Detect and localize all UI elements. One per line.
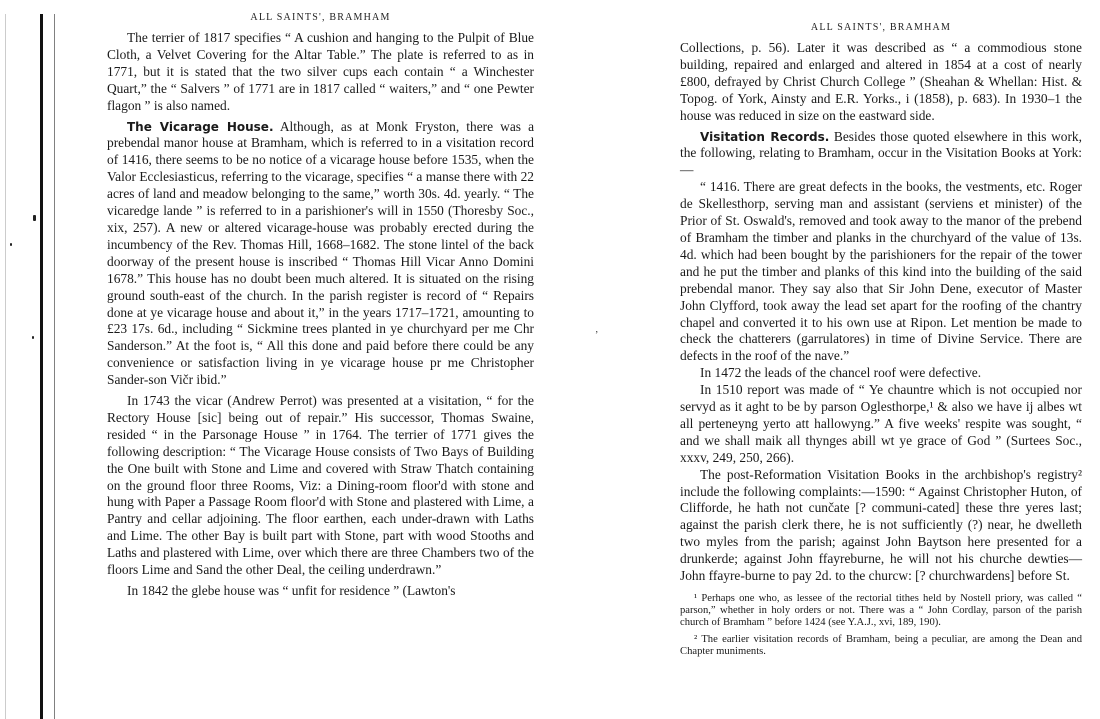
paragraph-1743: In 1743 the vicar (Andrew Perrot) was pr… bbox=[107, 393, 534, 579]
gutter-mark: ʼ bbox=[595, 330, 598, 341]
scan-speck bbox=[10, 243, 12, 246]
left-page-body: The terrier of 1817 specifies “ A cushio… bbox=[107, 30, 534, 600]
scanned-book-spread: ALL SAINTS', BRAMHAM The terrier of 1817… bbox=[0, 0, 1100, 719]
paragraph-post-reformation: The post-Reformation Visitation Books in… bbox=[680, 467, 1082, 585]
right-page: ALL SAINTS', BRAMHAM Collections, p. 56)… bbox=[680, 0, 1082, 663]
paragraph-1472: In 1472 the leads of the chancel roof we… bbox=[680, 365, 1082, 382]
paragraph-terrier-1817: The terrier of 1817 specifies “ A cushio… bbox=[107, 30, 534, 115]
footnotes: ¹ Perhaps one who, as lessee of the rect… bbox=[680, 593, 1082, 658]
paragraph-1842: In 1842 the glebe house was “ unfit for … bbox=[107, 583, 534, 600]
left-page: ALL SAINTS', BRAMHAM The terrier of 1817… bbox=[107, 0, 534, 600]
paragraph-collections: Collections, p. 56). Later it was descri… bbox=[680, 40, 1082, 125]
paragraph-1510: In 1510 report was made of “ Ye chauntre… bbox=[680, 382, 1082, 467]
footnote-2: ² The earlier visitation records of Bram… bbox=[680, 634, 1082, 658]
scan-speck bbox=[32, 336, 34, 339]
footnote-1: ¹ Perhaps one who, as lessee of the rect… bbox=[680, 593, 1082, 629]
paragraph-text: Although, as at Monk Fryston, there was … bbox=[107, 119, 534, 388]
right-page-body: Collections, p. 56). Later it was descri… bbox=[680, 40, 1082, 585]
paragraph-1416: “ 1416. There are great defects in the b… bbox=[680, 179, 1082, 365]
scan-speck bbox=[33, 215, 36, 221]
paragraph-visitation-records: Visitation Records. Besides those quoted… bbox=[680, 129, 1082, 180]
section-heading-visitation-records: Visitation Records. bbox=[700, 130, 829, 144]
section-heading-vicarage-house: The Vicarage House. bbox=[127, 120, 274, 134]
page-edge-shadow bbox=[5, 14, 6, 719]
page-edge-line bbox=[40, 14, 43, 719]
running-head: ALL SAINTS', BRAMHAM bbox=[680, 22, 1082, 40]
paragraph-vicarage-house: The Vicarage House. Although, as at Monk… bbox=[107, 119, 534, 390]
running-head: ALL SAINTS', BRAMHAM bbox=[107, 12, 534, 30]
page-edge-inner-line bbox=[54, 14, 55, 719]
